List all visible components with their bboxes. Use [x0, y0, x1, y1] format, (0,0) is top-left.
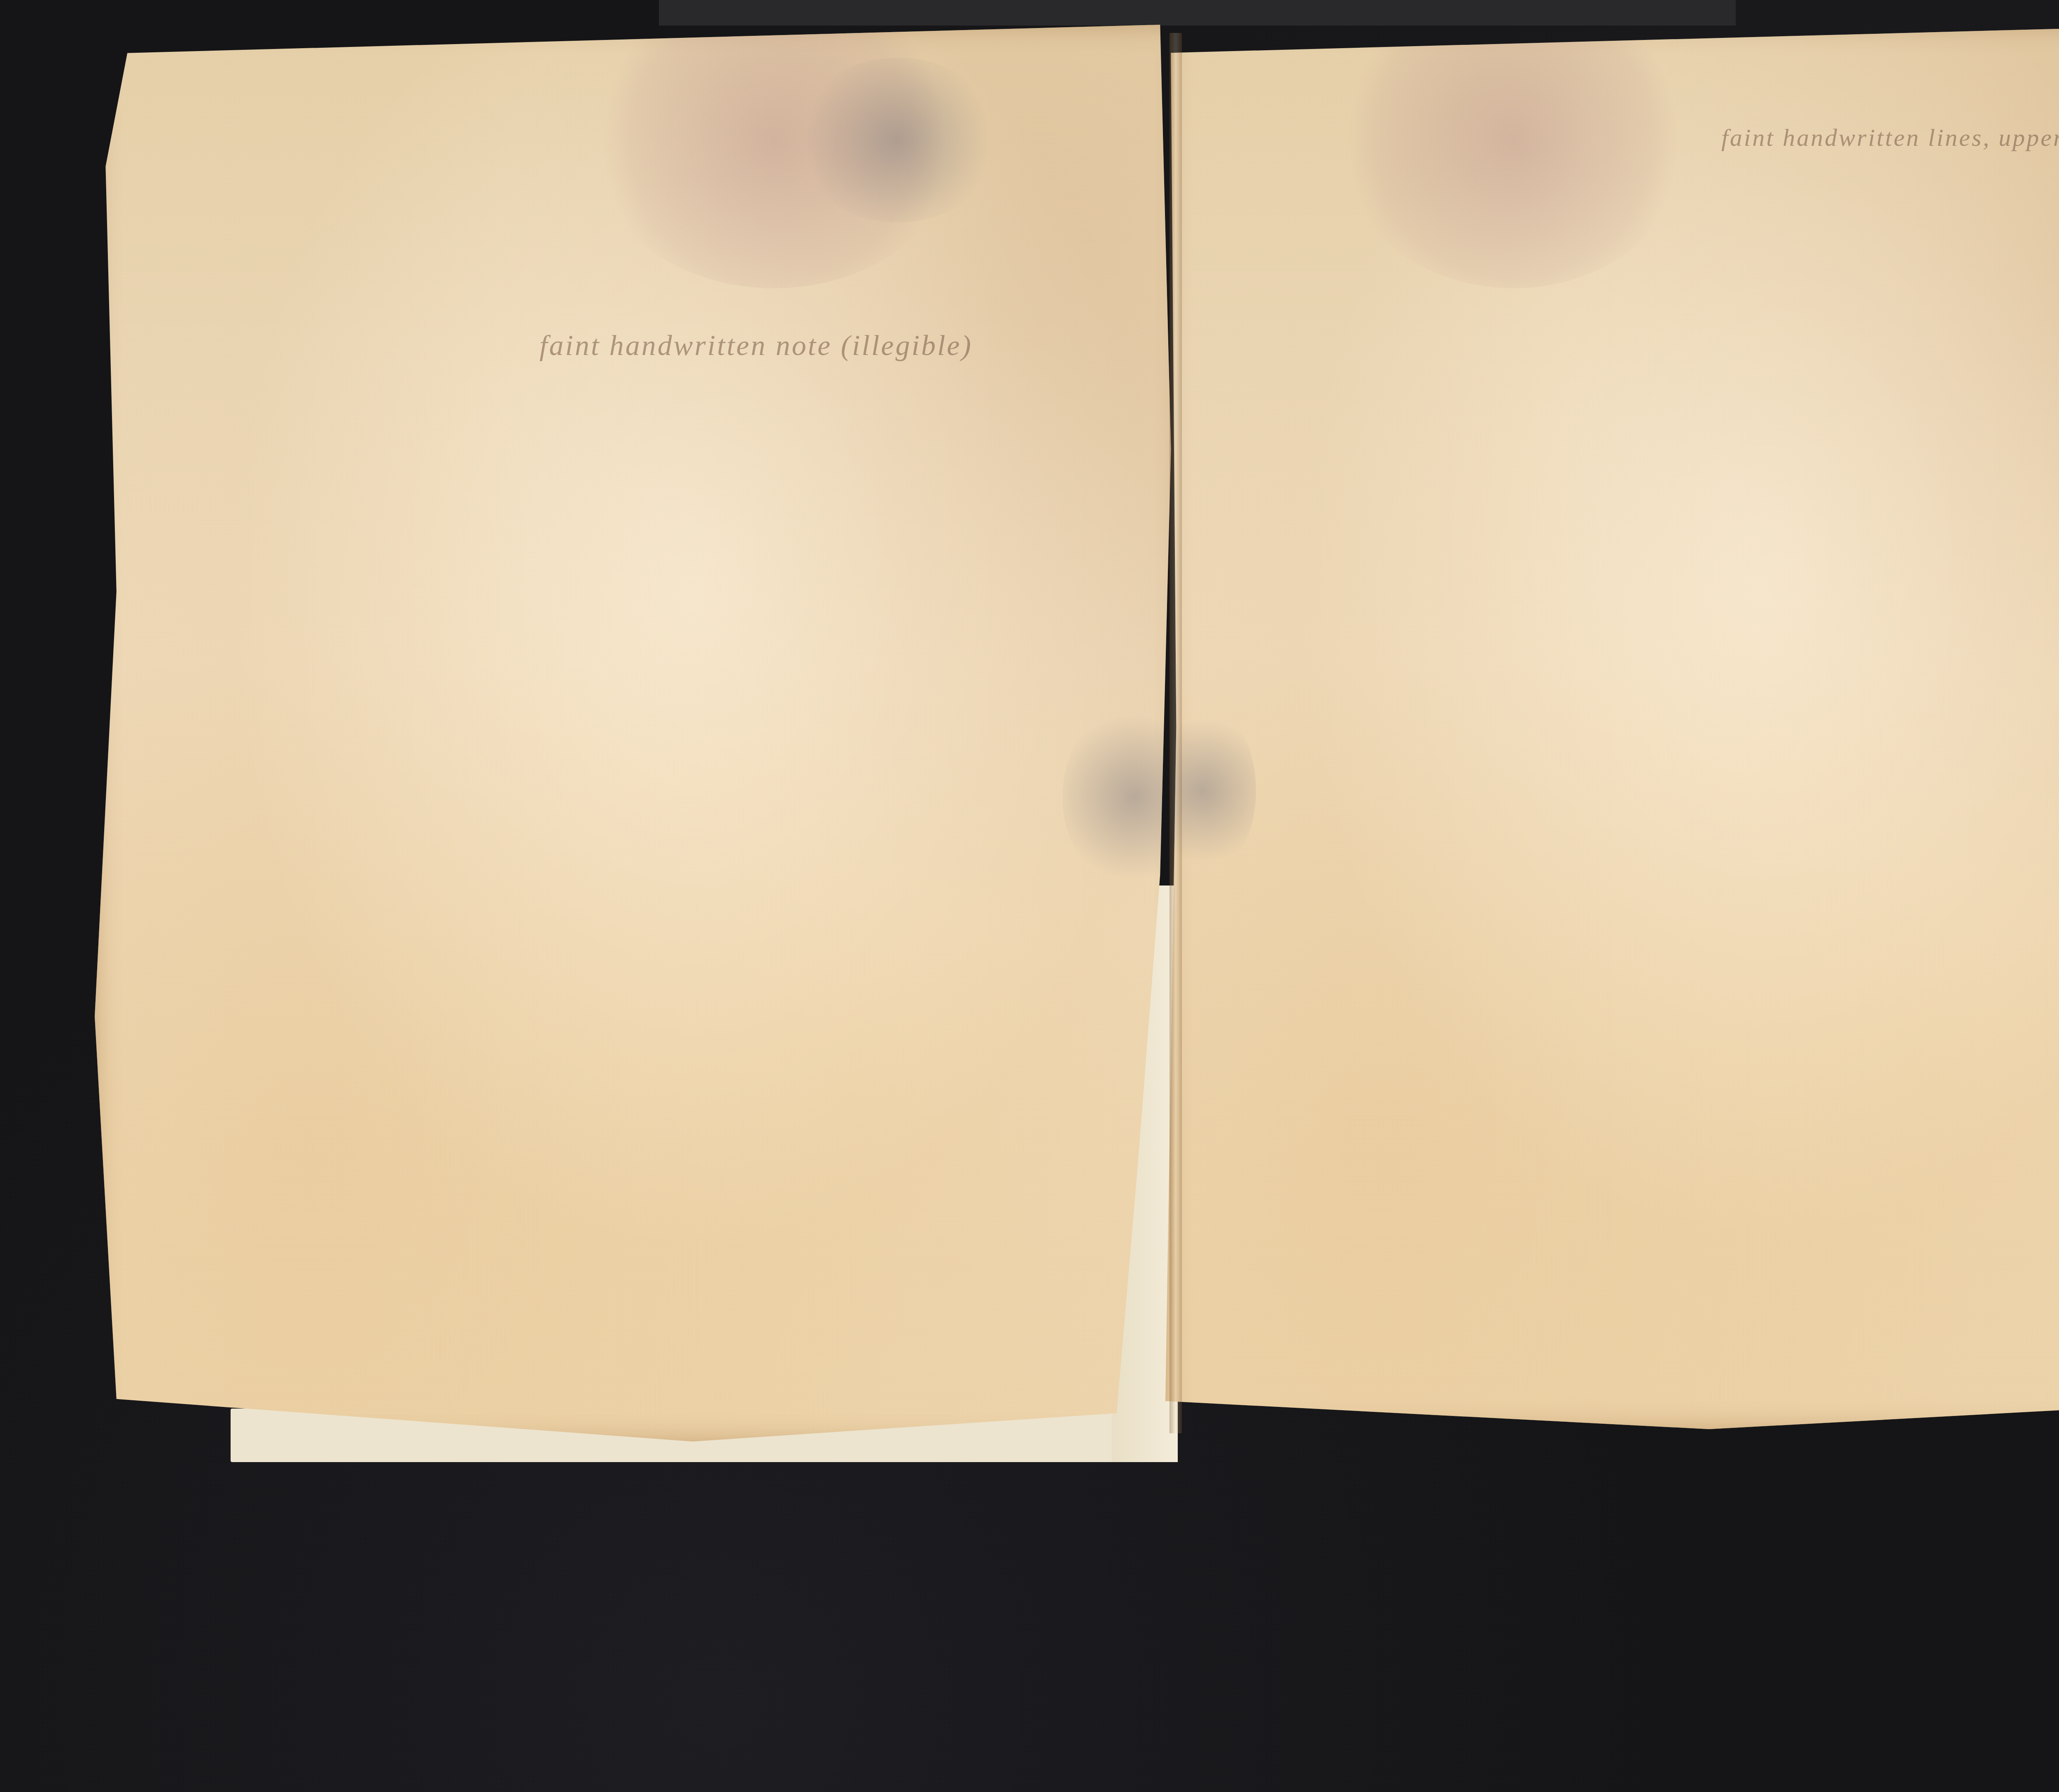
- mold-spots: [795, 58, 1001, 222]
- book-spine-gutter: [1170, 33, 1182, 1433]
- right-parchment-leaf: faint handwritten lines, upper right (il…: [1165, 25, 2059, 1429]
- marginal-note: faint handwritten note (illegible): [539, 329, 973, 362]
- left-parchment-leaf: faint handwritten note (illegible): [95, 25, 1182, 1442]
- marginal-note: faint handwritten lines, upper right (il…: [1721, 124, 2059, 152]
- top-mask-bar: [659, 0, 1736, 26]
